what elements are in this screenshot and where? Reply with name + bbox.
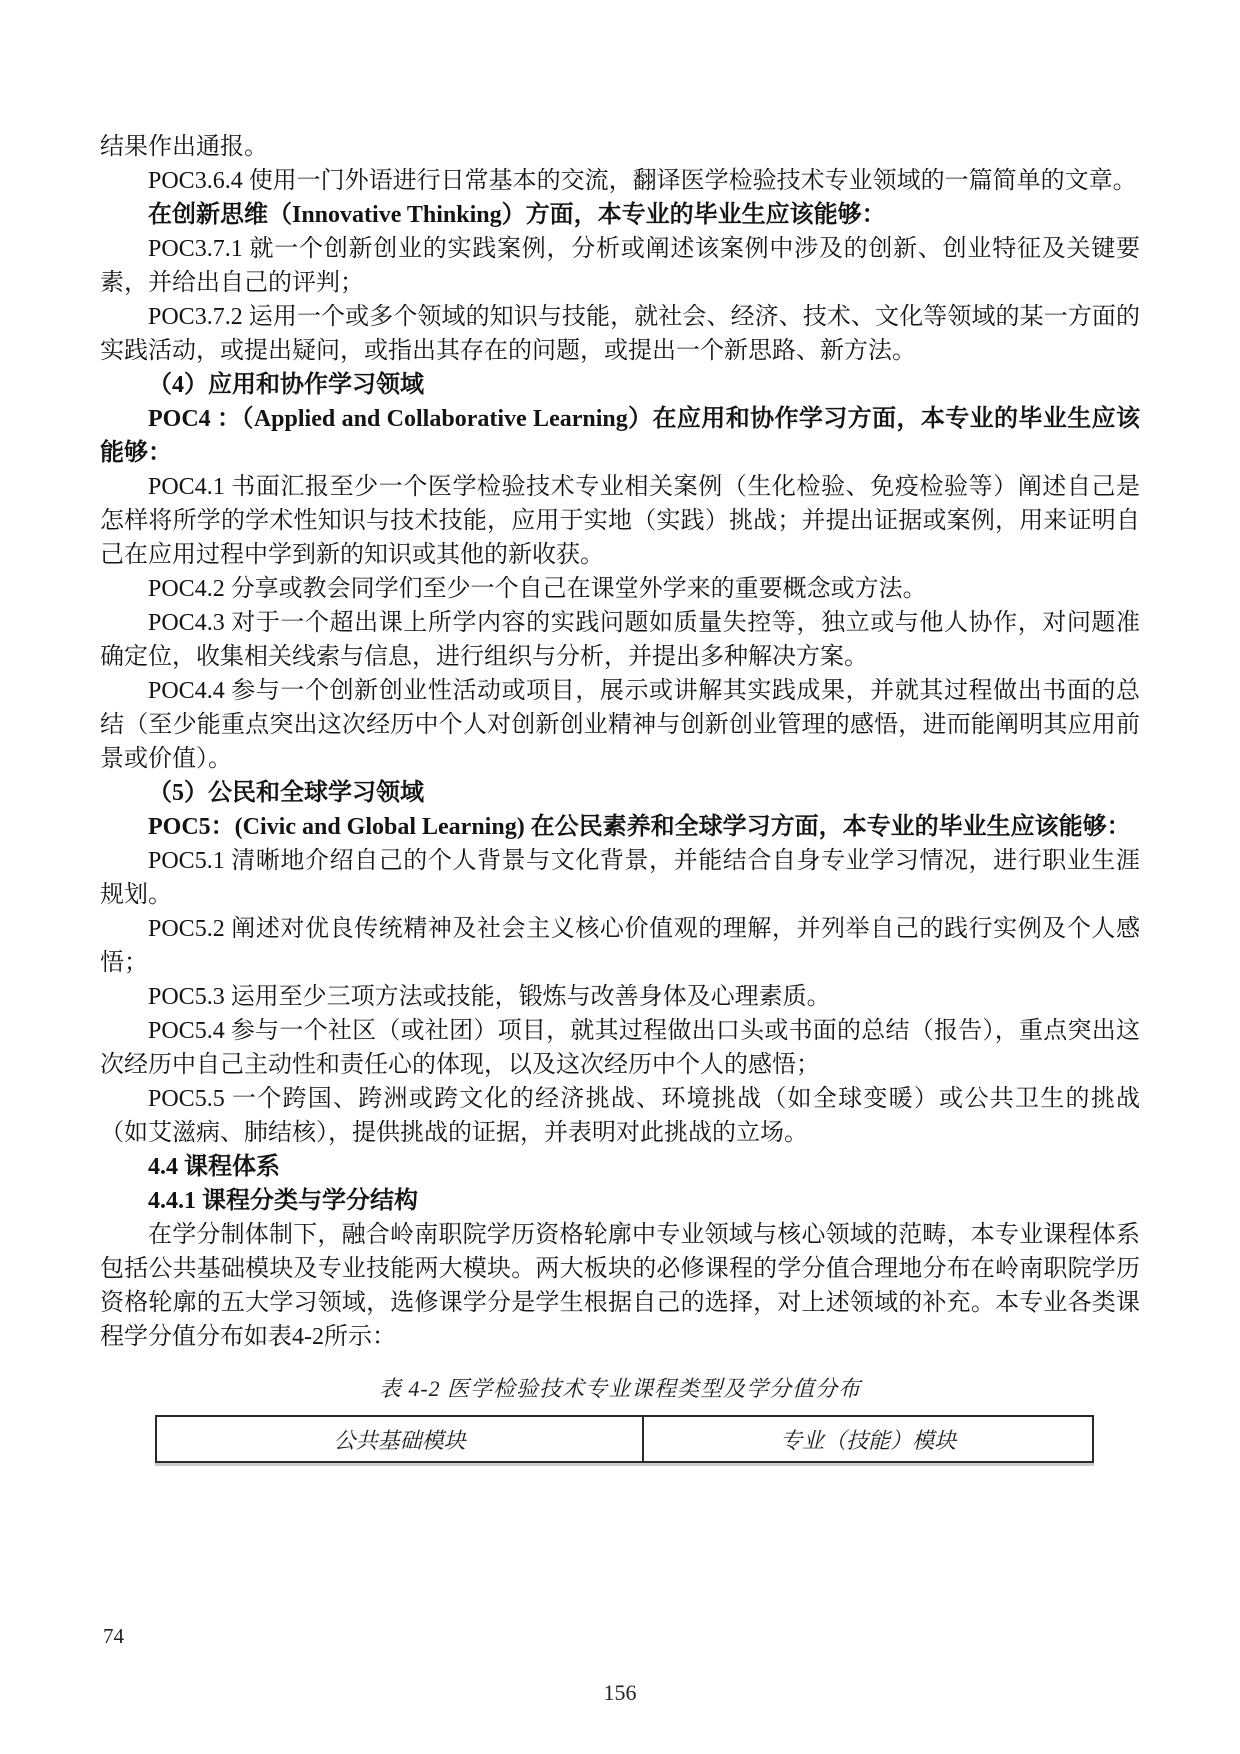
document-page: 结果作出通报。 POC3.6.4 使用一门外语进行日常基本的交流，翻译医学检验技… xyxy=(0,0,1240,1754)
paragraph-poc3-7-2: POC3.7.2 运用一个或多个领域的知识与技能，就社会、经济、技术、文化等领域… xyxy=(100,300,1140,368)
paragraph-poc5-2: POC5.2 阐述对优良传统精神及社会主义核心价值观的理解，并列举自己的践行实例… xyxy=(100,912,1140,980)
paragraph-poc4-2: POC4.2 分享或教会同学们至少一个自己在课堂外学来的重要概念或方法。 xyxy=(100,572,1140,606)
margin-note: 74 xyxy=(103,1624,124,1649)
paragraph-credit-structure: 在学分制体制下，融合岭南职院学历资格轮廓中专业领域与核心领域的范畴，本专业课程体… xyxy=(100,1218,1140,1354)
table-header-public-basic-module: 公共基础模块 xyxy=(156,1416,643,1462)
paragraph-poc5-5: POC5.5 一个跨国、跨洲或跨文化的经济挑战、环境挑战（如全球变暖）或公共卫生… xyxy=(100,1082,1140,1150)
credit-distribution-table: 公共基础模块 专业（技能）模块 xyxy=(155,1415,1094,1463)
heading-section-4: （4）应用和协作学习领域 xyxy=(100,368,1140,402)
heading-4-4: 4.4 课程体系 xyxy=(100,1150,1140,1184)
paragraph-poc4-4: POC4.4 参与一个创新创业性活动或项目，展示或讲解其实践成果，并就其过程做出… xyxy=(100,674,1140,776)
document-body: 结果作出通报。 POC3.6.4 使用一门外语进行日常基本的交流，翻译医学检验技… xyxy=(100,130,1140,1463)
table-header-professional-module: 专业（技能）模块 xyxy=(643,1416,1093,1462)
heading-4-4-1: 4.4.1 课程分类与学分结构 xyxy=(100,1184,1140,1218)
paragraph-poc5-4: POC5.4 参与一个社区（或社团）项目，就其过程做出口头或书面的总结（报告），… xyxy=(100,1014,1140,1082)
paragraph-poc4-3: POC4.3 对于一个超出课上所学内容的实践问题如质量失控等，独立或与他人协作，… xyxy=(100,606,1140,674)
paragraph-continuation: 结果作出通报。 xyxy=(100,130,1140,164)
page-number: 156 xyxy=(0,1680,1240,1706)
paragraph-poc3-7-1: POC3.7.1 就一个创新创业的实践案例，分析或阐述该案例中涉及的创新、创业特… xyxy=(100,232,1140,300)
table-header-row: 公共基础模块 专业（技能）模块 xyxy=(156,1416,1093,1462)
heading-innovative-thinking: 在创新思维（Innovative Thinking）方面，本专业的毕业生应该能够… xyxy=(100,198,1140,232)
heading-poc5: POC5：(Civic and Global Learning) 在公民素养和全… xyxy=(100,810,1140,844)
paragraph-poc5-3: POC5.3 运用至少三项方法或技能，锻炼与改善身体及心理素质。 xyxy=(100,980,1140,1014)
heading-poc4: POC4 ：（Applied and Collaborative Learnin… xyxy=(100,402,1140,470)
table-caption: 表 4-2 医学检验技术专业课程类型及学分值分布 xyxy=(100,1372,1140,1403)
paragraph-poc5-1: POC5.1 清晰地介绍自己的个人背景与文化背景，并能结合自身专业学习情况，进行… xyxy=(100,844,1140,912)
paragraph-poc4-1: POC4.1 书面汇报至少一个医学检验技术专业相关案例（生化检验、免疫检验等）阐… xyxy=(100,470,1140,572)
paragraph-poc3-6-4: POC3.6.4 使用一门外语进行日常基本的交流，翻译医学检验技术专业领域的一篇… xyxy=(100,164,1140,198)
heading-section-5: （5）公民和全球学习领域 xyxy=(100,776,1140,810)
